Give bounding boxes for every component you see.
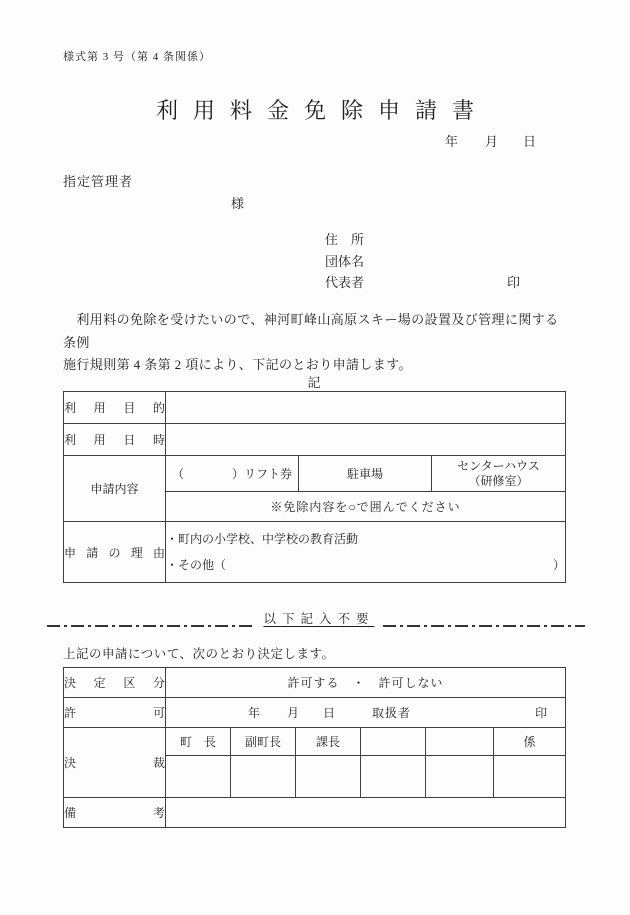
permit-seal-mark: 印: [535, 704, 547, 721]
approval-stamp-cell-4: [361, 756, 426, 798]
decision-row-permit: 許可 年 月 日 取扱者 印: [64, 698, 566, 728]
approval-stamp-cell-1: [166, 756, 231, 798]
seal-mark: 印: [507, 272, 520, 294]
addressee-label: 指定管理者: [63, 171, 133, 190]
decision-row-category: 決定区分 許可する ・ 許可しない: [64, 668, 566, 698]
option-lift-ticket: （ ）リフト券: [166, 456, 299, 492]
decision-table: 決定区分 許可する ・ 許可しない 許可 年 月 日 取扱者 印 決裁 町 長 …: [63, 667, 566, 828]
permit-year-label: 年: [248, 704, 260, 721]
ki-heading: 記: [63, 372, 565, 391]
purpose-label: 利用目的: [64, 392, 166, 424]
table-row-content-options: 申請内容 （ ）リフト券 駐車場 センターハウス （研修室）: [64, 456, 566, 492]
permit-month-label: 月: [287, 704, 299, 721]
approval-header-blank2: [426, 728, 494, 756]
no-entry-divider: 以下記入不要: [47, 609, 585, 633]
applicant-representative-row: 代表者 印: [325, 272, 520, 294]
date-day-label: 日: [523, 131, 536, 150]
decision-row-notes: 備考: [64, 798, 566, 828]
option-center-house-line2: （研修室）: [432, 474, 565, 489]
circle-note: ※免除内容を○で囲んでください: [166, 492, 566, 522]
decision-category-label: 決定区分: [64, 668, 166, 698]
notes-label: 備考: [64, 798, 166, 828]
permit-handler-label: 取扱者: [372, 704, 411, 721]
permit-date-row: 年 月 日 取扱者 印: [166, 704, 565, 721]
permit-label: 許可: [64, 698, 166, 728]
approval-header-row: 決裁 町 長 副町長 課長 係: [64, 728, 566, 756]
purpose-value-cell: [166, 392, 566, 424]
applicant-address-label: 住 所: [325, 229, 520, 251]
datetime-value-cell: [166, 424, 566, 456]
form-number: 様式第 3 号（第 4 条関係）: [63, 48, 211, 64]
application-table: 利用目的 利用日時 申請内容 （ ）リフト券 駐車場 センターハウス （研修室）…: [63, 391, 566, 583]
approval-stamp-cell-3: [296, 756, 361, 798]
reason-item-other: ・その他（ ）: [166, 552, 565, 578]
applicant-group-label: 団体名: [325, 251, 520, 273]
reason-label: 申請の理由: [64, 522, 166, 583]
table-row-purpose: 利用目的: [64, 392, 566, 424]
notes-value-cell: [166, 798, 566, 828]
content-label: 申請内容: [64, 456, 166, 522]
approval-stamp-cell-6: [494, 756, 566, 798]
page-title: 利用料金免除申請書: [0, 94, 630, 125]
reason-item-schools: ・町内の小学校、中学校の教育活動: [166, 526, 565, 552]
table-row-datetime: 利用日時: [64, 424, 566, 456]
table-row-reason: 申請の理由 ・町内の小学校、中学校の教育活動 ・その他（ ）: [64, 522, 566, 583]
decision-intro: 上記の申請について、次のとおり決定します。: [63, 644, 335, 662]
decision-category-value: 許可する ・ 許可しない: [166, 668, 566, 698]
reason-value-cell: ・町内の小学校、中学校の教育活動 ・その他（ ）: [166, 522, 566, 583]
option-center-house: センターハウス （研修室）: [432, 456, 566, 492]
applicant-block: 住 所 団体名 代表者 印: [325, 229, 520, 294]
approval-stamp-cell-5: [426, 756, 494, 798]
datetime-label: 利用日時: [64, 424, 166, 456]
approval-label: 決裁: [64, 728, 166, 798]
option-center-house-line1: センターハウス: [432, 459, 565, 474]
permit-day-label: 日: [323, 704, 335, 721]
approval-header-blank1: [361, 728, 426, 756]
date-line: 年 月 日: [445, 131, 536, 150]
approval-stamp-cell-2: [231, 756, 296, 798]
approval-header-deputy-mayor: 副町長: [231, 728, 296, 756]
reason-other-open: ・その他（: [166, 552, 226, 578]
approval-header-mayor: 町 長: [166, 728, 231, 756]
applicant-representative-label: 代表者: [325, 272, 364, 294]
approval-header-staff: 係: [494, 728, 566, 756]
date-year-label: 年: [445, 131, 458, 150]
no-entry-divider-text: 以下記入不要: [252, 609, 379, 629]
application-form-page: 様式第 3 号（第 4 条関係） 利用料金免除申請書 年 月 日 指定管理者 様…: [0, 0, 630, 915]
permit-value-cell: 年 月 日 取扱者 印: [166, 698, 566, 728]
honorific-sama: 様: [231, 193, 244, 212]
body-paragraph: 利用料の免除を受けたいので、神河町峰山高原スキー場の設置及び管理に関する条例 施…: [63, 309, 570, 377]
date-month-label: 月: [485, 131, 498, 150]
option-parking: 駐車場: [299, 456, 432, 492]
body-paragraph-line1: 利用料の免除を受けたいので、神河町峰山高原スキー場の設置及び管理に関する条例: [63, 309, 570, 354]
approval-header-section-chief: 課長: [296, 728, 361, 756]
reason-other-close-paren: ）: [553, 552, 565, 578]
